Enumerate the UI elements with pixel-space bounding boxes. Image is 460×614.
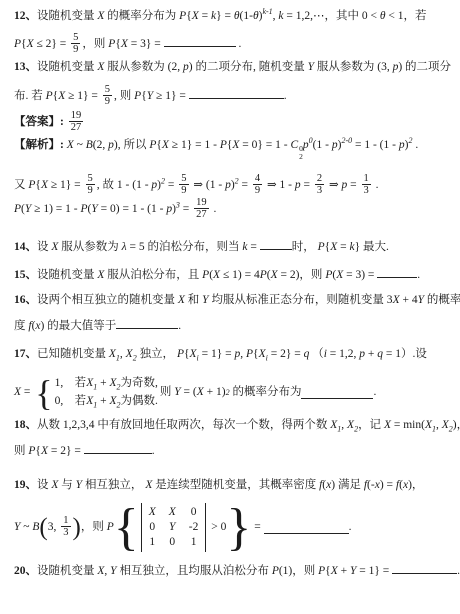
analysis-line-2: 又 P{X ≥ 1} = 59, 故 1 - (1 - p)2 = 59 ⇒ (… [14, 174, 454, 197]
determinant-matrix: XX00Y-2101 [141, 503, 207, 552]
document-page: 12、设随机变量 X 的概率分布为 P{X = k} = θ(1-θ)k-1, … [0, 0, 460, 614]
math-symbol: X1 [330, 419, 341, 431]
matrix-cell: Y [169, 521, 176, 534]
answer-blank-underline [189, 87, 284, 99]
math-symbol: Xi [259, 348, 268, 360]
answer-blank-underline [260, 238, 292, 250]
fraction: 23 [315, 173, 324, 196]
problem-16-line-2: 度 f(x) 的最大值等于. [14, 317, 454, 335]
answer-blank-underline [301, 387, 373, 399]
fraction: 1927 [69, 110, 84, 133]
matrix-cell: 0 [189, 506, 199, 519]
math-symbol: X2 [126, 348, 137, 360]
math-symbol: C02 [291, 139, 303, 151]
matrix-cell: X [149, 506, 156, 519]
problem-12-line-2: P{X ≤ 2} = 59，则 P{X = 3} = . [14, 33, 454, 56]
problem-13-line-1: 13、设随机变量 X 服从参数为 (2, p) 的二项分布, 随机变量 Y 服从… [14, 59, 454, 76]
problem-17-line-2: X = {1, 若X1 + X2为奇数,0, 若X1 + X2为偶数.则 Y =… [14, 376, 454, 409]
matrix-cell: X [169, 506, 176, 519]
math-symbol: X1 [86, 377, 97, 389]
answer-blank-underline [392, 562, 457, 574]
analysis-line-3: P(Y ≥ 1) = 1 - P(Y = 0) = 1 - (1 - p)3 =… [14, 198, 454, 221]
matrix-cell: 1 [149, 536, 156, 549]
cases-row: 1, 若X1 + X2为奇数, [55, 376, 158, 391]
answer-blank-underline [264, 522, 349, 534]
fraction: 59 [71, 32, 80, 55]
matrix-cell: -2 [189, 521, 199, 534]
problem-18-line-2: 则 P{X = 2} = . [14, 442, 454, 460]
fraction: 13 [61, 515, 70, 538]
problem-20-line: 20、设随机变量 X, Y 相互独立，且均服从泊松分布 P(1)，则 P{X +… [14, 562, 454, 580]
problem-19-line-2: Y ~ B(3, 13)，则 P{XX00Y-2101 > 0} = . [14, 503, 454, 552]
math-symbol: X2 [347, 419, 358, 431]
analysis-line-1: 【解析】: X ~ B(2, p), 所以 P{X ≥ 1} = 1 - P{X… [14, 137, 454, 160]
piecewise-cases: {1, 若X1 + X2为奇数,0, 若X1 + X2为偶数. [35, 376, 158, 409]
math-symbol: X1 [109, 348, 120, 360]
answer-blank-underline [84, 442, 152, 454]
problem-16-line-1: 16、设两个相互独立的随机变量 X 和 Y 均服从标准正态分布，则随机变量 3X… [14, 292, 454, 309]
answer-blank-underline [377, 266, 417, 278]
math-symbol: X2 [109, 395, 120, 407]
math-symbol: X1 [425, 419, 436, 431]
fraction: 13 [362, 173, 371, 196]
answer-blank-underline [164, 35, 236, 47]
problem-18-line-1: 18、从数 1,2,3,4 中有放回地任取两次，每次一个数，得两个数 X1, X… [14, 417, 454, 434]
matrix-cell: 0 [149, 521, 156, 534]
problem-15-line: 15、设随机变量 X 服从泊松分布，且 P(X ≤ 1) = 4P(X = 2)… [14, 266, 454, 284]
matrix-cell: 1 [189, 536, 199, 549]
cases-row: 0, 若X1 + X2为偶数. [55, 394, 158, 409]
problem-13-line-2: 布. 若 P{X ≥ 1} = 59, 则 P{Y ≥ 1} = . [14, 85, 454, 108]
fraction: 59 [86, 173, 95, 196]
fraction: 1927 [194, 197, 209, 220]
math-symbol: X2 [442, 419, 453, 431]
answer-line: 【答案】: 1927 [14, 111, 454, 134]
problem-12-line-1: 12、设随机变量 X 的概率分布为 P{X = k} = θ(1-θ)k-1, … [14, 8, 454, 25]
problem-19-line-1: 19、设 X 与 Y 相互独立， X 是连续型随机变量，其概率密度 f(x) 满… [14, 477, 454, 494]
answer-blank-underline [116, 317, 178, 329]
problem-14-line: 14、设 X 服从参数为 λ = 5 的泊松分布，则当 k = 时， P{X =… [14, 238, 454, 256]
matrix-cell: 0 [169, 536, 176, 549]
fraction: 49 [253, 173, 262, 196]
problem-17-line-1: 17、已知随机变量 X1, X2 独立， P{Xi = 1} = p, P{Xi… [14, 346, 454, 363]
fraction: 59 [103, 84, 112, 107]
fraction: 59 [179, 173, 188, 196]
math-symbol: X2 [109, 377, 120, 389]
math-symbol: X1 [86, 395, 97, 407]
math-symbol: Xi [190, 348, 199, 360]
